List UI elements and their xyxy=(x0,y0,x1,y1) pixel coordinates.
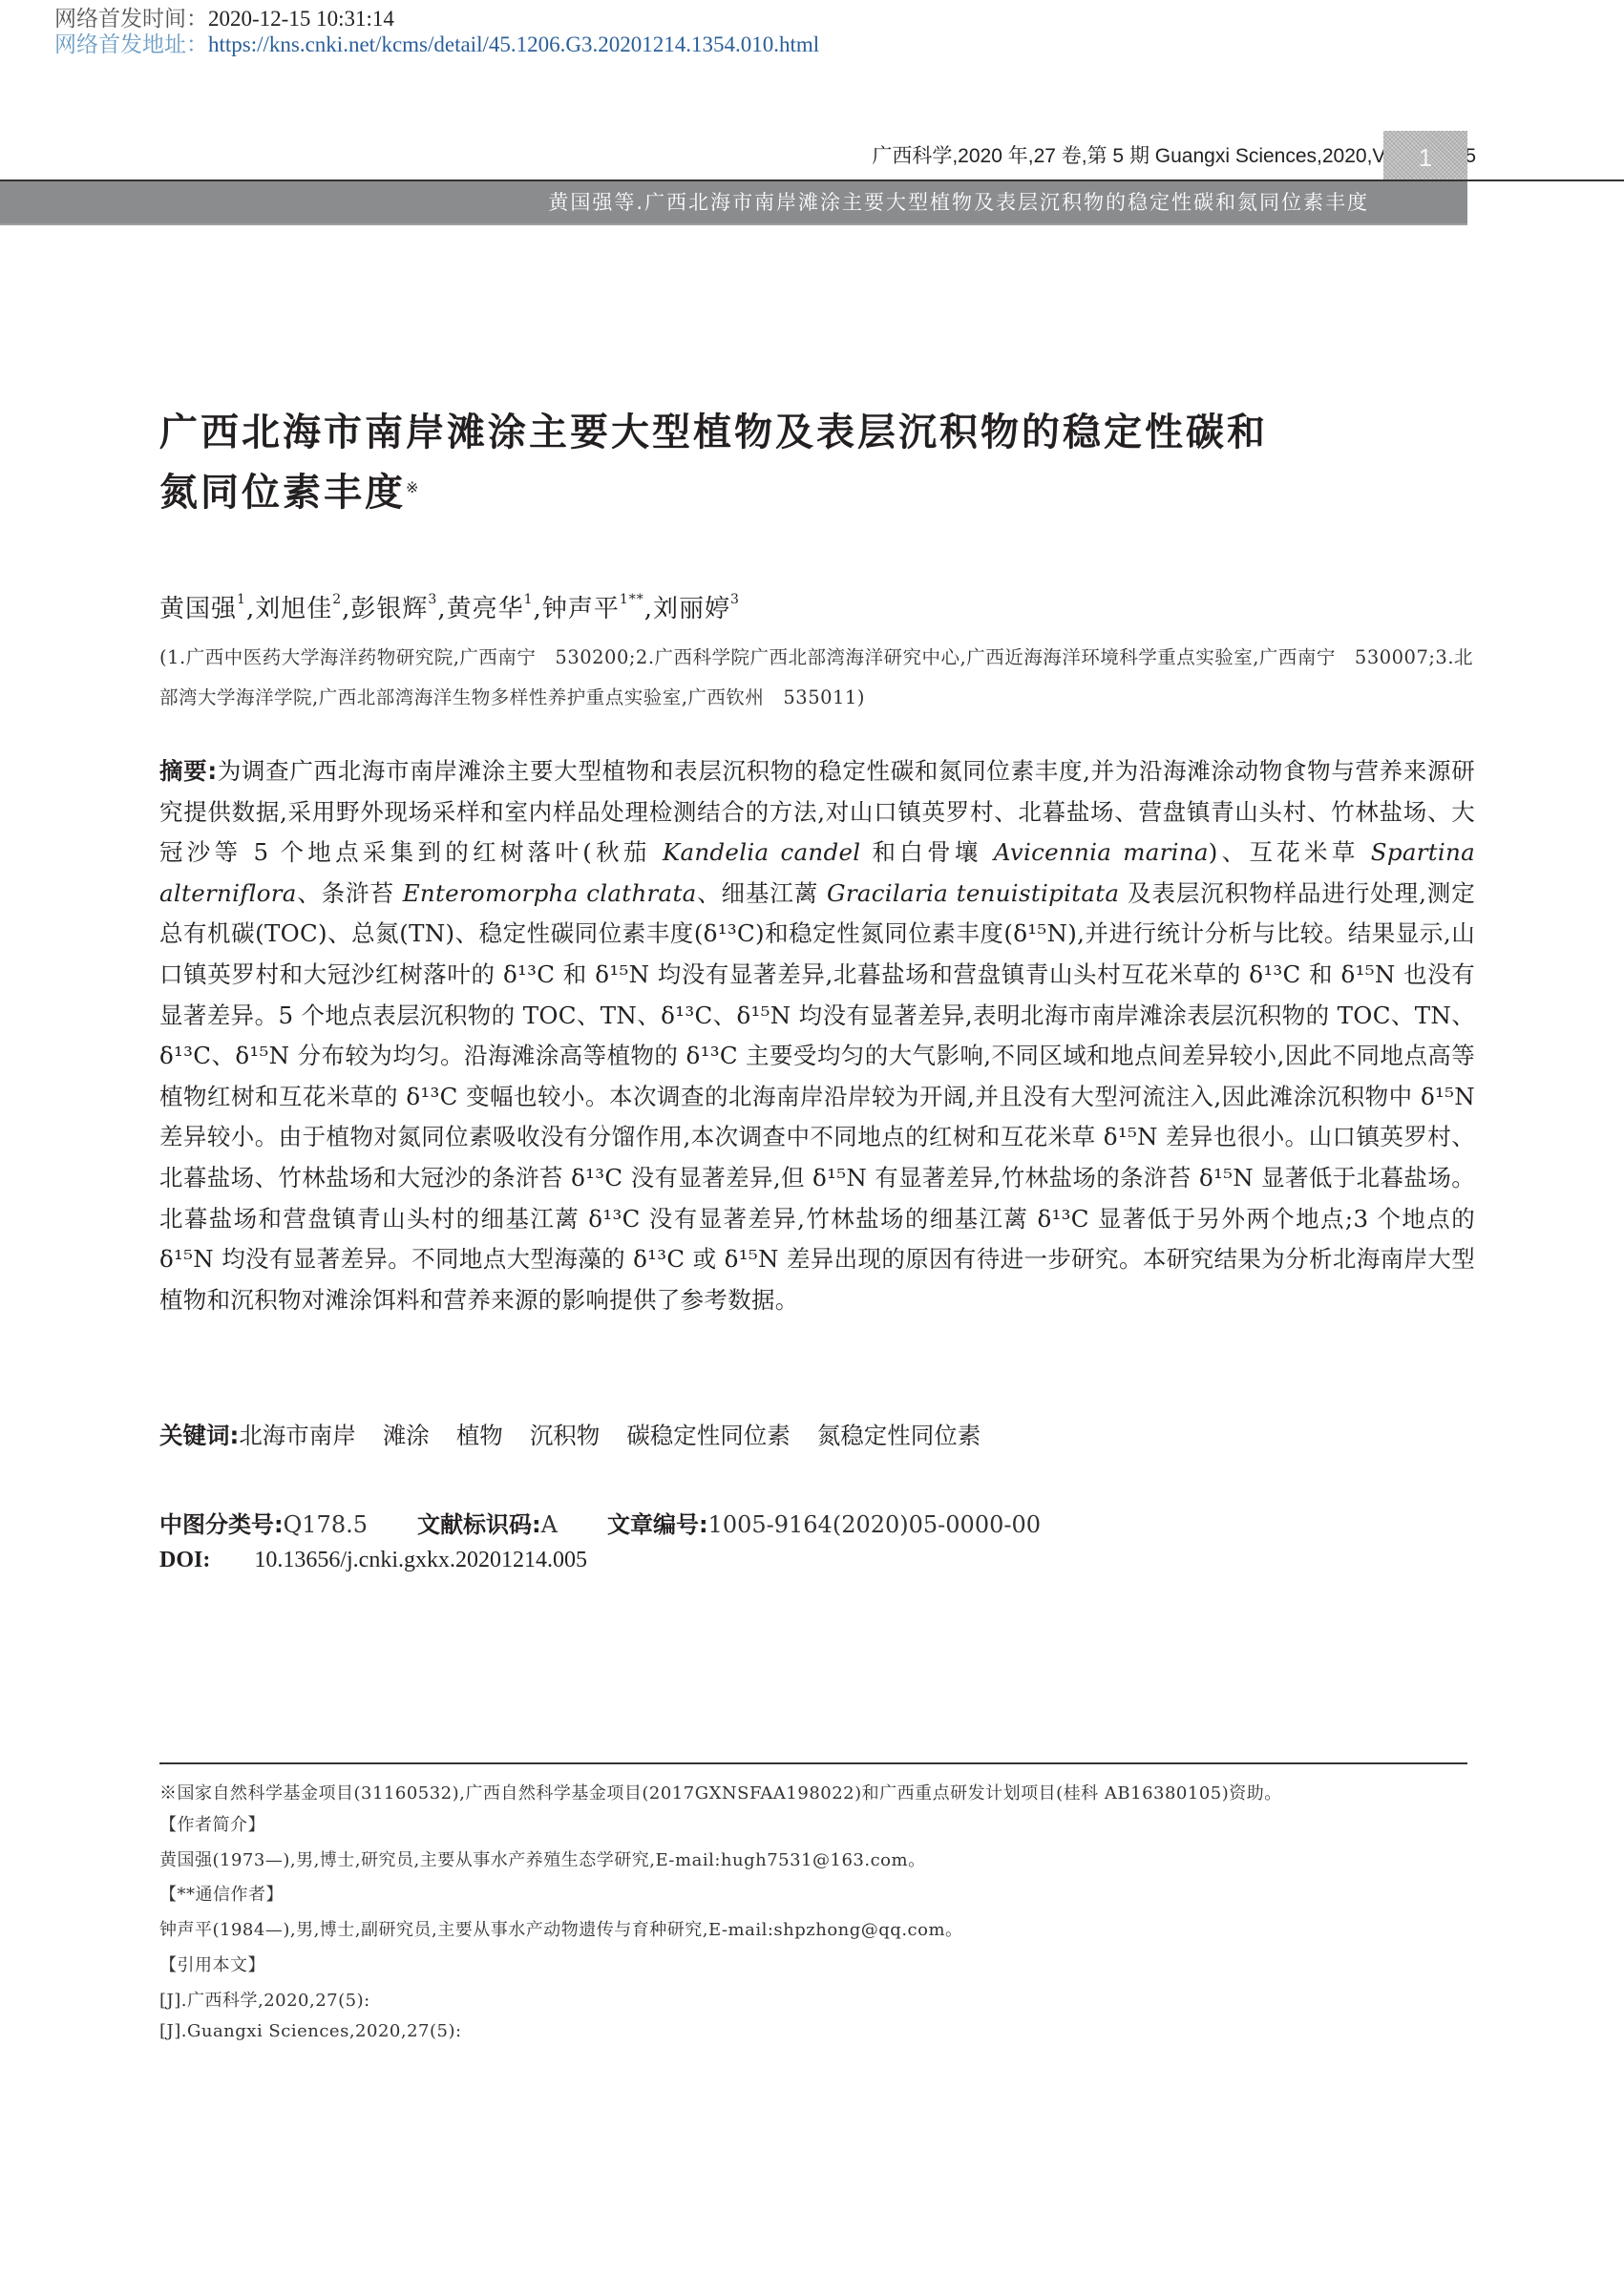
doc-code-label: 文献标识码: xyxy=(417,1511,541,1538)
species-name: Avicennia marina xyxy=(994,838,1209,866)
keyword: 植物 xyxy=(456,1422,503,1449)
keyword: 滩涂 xyxy=(383,1422,430,1449)
keyword: 沉积物 xyxy=(530,1422,601,1449)
abstract-label: 摘要: xyxy=(159,757,217,785)
species-name: Kandelia candel xyxy=(663,838,861,866)
net-publish-address: 网络首发地址：https://kns.cnki.net/kcms/detail/… xyxy=(54,32,819,57)
keywords: 关键词:北海市南岸滩涂植物沉积物碳稳定性同位素氮稳定性同位素 xyxy=(159,1418,1007,1451)
author: 彭银辉 xyxy=(350,595,428,623)
clc-value: Q178.5 xyxy=(284,1511,368,1538)
running-title-banner: 黄国强等.广西北海市南岸滩涂主要大型植物及表层沉积物的稳定性碳和氮同位素丰度 xyxy=(0,181,1467,225)
article-title: 广西北海市南岸滩涂主要大型植物及表层沉积物的稳定性碳和 氮同位素丰度※ xyxy=(159,403,1477,523)
author: 黄亮华 xyxy=(447,595,524,623)
doi-line: DOI:10.13656/j.cnki.gxkx.20201214.005 xyxy=(159,1548,587,1573)
author-affiliation-index: 3 xyxy=(730,592,740,607)
doi-value[interactable]: 10.13656/j.cnki.gxkx.20201214.005 xyxy=(254,1548,587,1572)
author: 刘旭佳 xyxy=(255,595,332,623)
article-title-line-2: 氮同位素丰度 xyxy=(159,471,406,515)
author-intro-heading: 【作者简介】 xyxy=(159,1811,265,1836)
author-affiliation-index: 3 xyxy=(428,592,437,607)
footnote-rule xyxy=(159,1762,1467,1764)
cite-en: [J].Guangxi Sciences,2020,27(5): xyxy=(159,2021,462,2041)
keyword: 北海市南岸 xyxy=(239,1422,356,1449)
species-name: Gracilaria tenuistipitata xyxy=(827,879,1119,907)
article-no-value: 1005-9164(2020)05-0000-00 xyxy=(708,1511,1041,1538)
author-affiliation-index: 1 xyxy=(237,592,246,607)
funding-note: ※国家自然科学基金项目(31160532),广西自然科学基金项目(2017GXN… xyxy=(159,1780,1282,1804)
net-publish-time-label: 网络首发时间： xyxy=(54,7,208,31)
author: 黄国强 xyxy=(159,595,237,623)
keyword: 碳稳定性同位素 xyxy=(626,1422,791,1449)
author-intro: 黄国强(1973—),男,博士,研究员,主要从事水产养殖生态学研究,E-mail… xyxy=(159,1846,926,1871)
abstract-text: )、互花米草 xyxy=(1209,838,1371,866)
running-title: 黄国强等.广西北海市南岸滩涂主要大型植物及表层沉积物的稳定性碳和氮同位素丰度 xyxy=(548,187,1369,216)
cite-heading: 【引用本文】 xyxy=(159,1951,265,1976)
article-title-line-1: 广西北海市南岸滩涂主要大型植物及表层沉积物的稳定性碳和 xyxy=(159,403,1477,463)
author: 刘丽婷 xyxy=(653,595,730,623)
net-publish-time-value: 2020-12-15 10:31:14 xyxy=(208,7,394,31)
doi-label: DOI: xyxy=(159,1548,210,1572)
classification-line: 中图分类号:Q178.5文献标识码:A文章编号:1005-9164(2020)0… xyxy=(159,1506,1041,1539)
corresponding-heading: 【**通信作者】 xyxy=(159,1881,284,1906)
clc-label: 中图分类号: xyxy=(159,1511,284,1538)
abstract-text: 、条浒苔 xyxy=(297,879,403,907)
doc-code-value: A xyxy=(541,1511,558,1538)
net-publish-address-link[interactable]: https://kns.cnki.net/kcms/detail/45.1206… xyxy=(208,32,819,56)
page-number: 1 xyxy=(1383,131,1467,184)
affiliations: (1.广西中医药大学海洋药物研究院,广西南宁 530200;2.广西科学院广西北… xyxy=(159,638,1477,718)
net-publish-address-label: 网络首发地址： xyxy=(54,32,208,56)
article-no-label: 文章编号: xyxy=(607,1511,708,1538)
author: 钟声平 xyxy=(542,595,620,623)
author-affiliation-index: 2 xyxy=(332,592,342,607)
abstract-text: 及表层沉积物样品进行处理,测定总有机碳(TOC)、总氮(TN)、稳定性碳同位素丰… xyxy=(159,879,1475,1314)
funding-mark: ※ xyxy=(406,478,421,496)
abstract-text: 、细基江蓠 xyxy=(697,879,827,907)
author-list: 黄国强1,刘旭佳2,彭银辉3,黄亮华1,钟声平1**,刘丽婷3 xyxy=(159,589,740,624)
abstract: 摘要:为调查广西北海市南岸滩涂主要大型植物和表层沉积物的稳定性碳和氮同位素丰度,… xyxy=(159,751,1475,1320)
author-affiliation-index: 1 xyxy=(524,592,534,607)
net-publish-time: 网络首发时间：2020-12-15 10:31:14 xyxy=(54,6,394,32)
abstract-text: 和白骨壤 xyxy=(860,838,993,866)
author-affiliation-index: 1** xyxy=(620,592,644,607)
keywords-label: 关键词: xyxy=(159,1422,239,1449)
cite-cn: [J].广西科学,2020,27(5): xyxy=(159,1987,370,2012)
corresponding-author: 钟声平(1984—),男,博士,副研究员,主要从事水产动物遗传与育种研究,E-m… xyxy=(159,1916,963,1941)
keyword: 氮稳定性同位素 xyxy=(817,1422,981,1449)
species-name: Enteromorpha clathrata xyxy=(403,879,697,907)
